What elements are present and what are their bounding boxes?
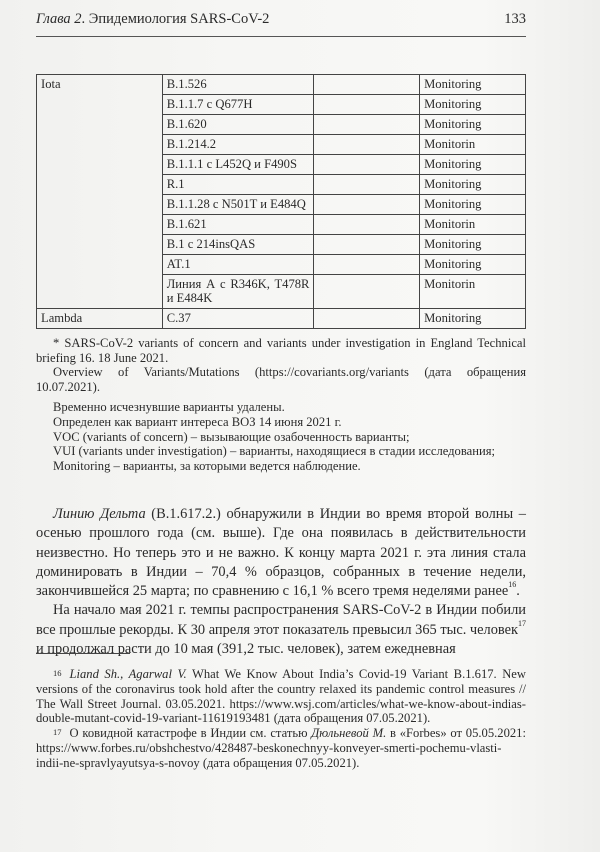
lineage-cell: B.1.1.28 с N501T и E484Q xyxy=(162,195,314,215)
footnote: 17О ковидной катастрофе в Индии см. стат… xyxy=(36,726,526,770)
table-note: Monitoring – варианты, за которыми ведет… xyxy=(36,459,526,474)
paragraph: На начало мая 2021 г. темпы распростране… xyxy=(36,601,526,659)
lineage-cell: C.37 xyxy=(162,309,314,329)
empty-cell xyxy=(314,155,420,175)
status-cell: Monitoring xyxy=(420,95,526,115)
status-cell: Monitoring xyxy=(420,235,526,255)
paragraph-text: . xyxy=(516,583,520,599)
status-cell: Monitorin xyxy=(420,215,526,235)
status-cell: Monitorin xyxy=(420,275,526,309)
table-note: VOC (variants of concern) – вызывающие о… xyxy=(36,430,526,445)
table-row: Iota B.1.526 Monitoring xyxy=(37,75,526,95)
empty-cell xyxy=(314,75,420,95)
empty-cell xyxy=(314,309,420,329)
lineage-cell: B.1.526 xyxy=(162,75,314,95)
footnote-number: 17 xyxy=(53,727,62,737)
chapter-name: . Эпидемиология SARS-CoV-2 xyxy=(82,11,270,27)
table-notes: * SARS-CoV-2 variants of concern and var… xyxy=(36,336,526,473)
empty-cell xyxy=(314,255,420,275)
empty-cell xyxy=(314,135,420,155)
header-divider xyxy=(36,36,526,37)
footnote: 16Liand Sh., Agarwal V. What We Know Abo… xyxy=(36,667,526,726)
lineage-cell: Линия А с R346K, T478R и E484K xyxy=(162,275,314,309)
table-note: Временно исчезнувшие варианты удалены. xyxy=(36,400,526,415)
table-source-note: * SARS-CoV-2 variants of concern and var… xyxy=(36,336,526,365)
footnote-authors: Дюльневой М. xyxy=(311,726,386,740)
status-cell: Monitoring xyxy=(420,309,526,329)
table-note: Определен как вариант интереса ВОЗ 14 ию… xyxy=(36,415,526,430)
footnote-text: О ковидной катастрофе в Индии см. статью xyxy=(70,726,312,740)
empty-cell xyxy=(314,235,420,255)
footnote-ref[interactable]: 16 xyxy=(508,580,516,589)
lineage-cell: AT.1 xyxy=(162,255,314,275)
variant-name-cell: Iota xyxy=(37,75,163,309)
lineage-cell: B.1.1.7 с Q677H xyxy=(162,95,314,115)
table-source-note: Overview of Variants/Mutations (https://… xyxy=(36,365,526,394)
body-text: Линию Дельта (B.1.617.2.) обнаружили в И… xyxy=(36,505,526,659)
table-row: Lambda C.37 Monitoring xyxy=(37,309,526,329)
empty-cell xyxy=(314,115,420,135)
status-cell: Monitoring xyxy=(420,175,526,195)
empty-cell xyxy=(314,175,420,195)
status-cell: Monitorin xyxy=(420,135,526,155)
footnote-ref[interactable]: 17 xyxy=(518,619,526,628)
chapter-title: Глава 2. Эпидемиология SARS-CoV-2 xyxy=(36,11,269,28)
lineage-cell: B.1.214.2 xyxy=(162,135,314,155)
empty-cell xyxy=(314,95,420,115)
running-header: Глава 2. Эпидемиология SARS-CoV-2 133 xyxy=(36,11,526,31)
status-cell: Monitoring xyxy=(420,195,526,215)
footnote-number: 16 xyxy=(53,668,62,678)
variants-table: Iota B.1.526 Monitoring B.1.1.7 с Q677H … xyxy=(36,74,526,329)
variant-name-cell: Lambda xyxy=(37,309,163,329)
paragraph-text: На начало мая 2021 г. темпы распростране… xyxy=(36,602,526,637)
footnotes: 16Liand Sh., Agarwal V. What We Know Abo… xyxy=(36,667,526,771)
footnote-divider xyxy=(36,653,130,654)
empty-cell xyxy=(314,215,420,235)
italic-term: Линию Дельта xyxy=(53,506,146,522)
chapter-label: Глава 2 xyxy=(36,11,82,27)
lineage-cell: R.1 xyxy=(162,175,314,195)
status-cell: Monitoring xyxy=(420,115,526,135)
status-cell: Monitoring xyxy=(420,75,526,95)
paragraph: Линию Дельта (B.1.617.2.) обнаружили в И… xyxy=(36,505,526,601)
footnote-authors: Liand Sh., Agarwal V. xyxy=(70,667,187,681)
empty-cell xyxy=(314,195,420,215)
status-cell: Monitoring xyxy=(420,255,526,275)
lineage-cell: B.1.620 xyxy=(162,115,314,135)
table-note: VUI (variants under investigation) – вар… xyxy=(36,444,526,459)
empty-cell xyxy=(314,275,420,309)
paragraph-text: и продолжал расти до 10 мая (391,2 тыс. … xyxy=(36,641,456,657)
lineage-cell: B.1.621 xyxy=(162,215,314,235)
lineage-cell: B.1 с 214insQAS xyxy=(162,235,314,255)
book-page: Глава 2. Эпидемиология SARS-CoV-2 133 Io… xyxy=(0,0,600,852)
lineage-cell: B.1.1.1 с L452Q и F490S xyxy=(162,155,314,175)
page-number: 133 xyxy=(504,11,526,28)
status-cell: Monitoring xyxy=(420,155,526,175)
